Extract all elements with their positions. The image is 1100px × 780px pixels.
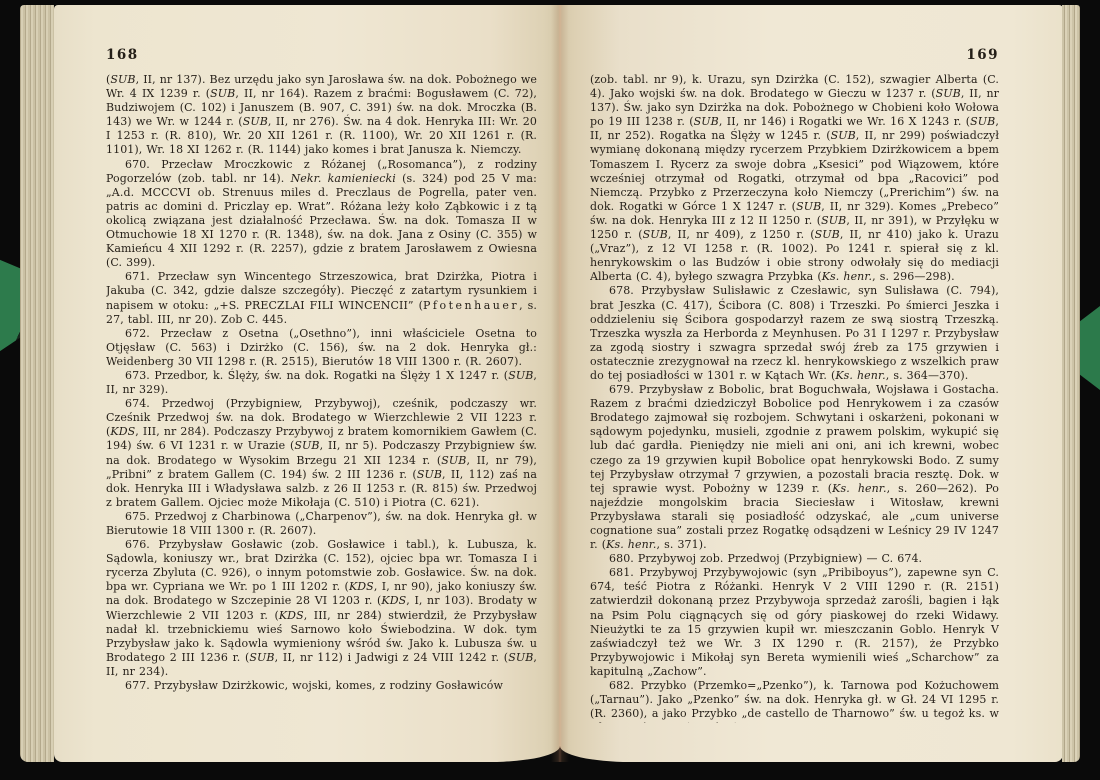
entry-paragraph: 681. Przybywoj Przybywojowic (syn „Pribi… [590,566,999,679]
entry-paragraph: 682. Przybko (Przemko=„Pzenko”), k. Tarn… [590,679,999,723]
page-number-left: 168 [106,47,537,64]
page-169-text-column: (zob. tabl. nr 9), k. Urazu, syn Dzirżka… [590,73,999,723]
entry-paragraph: 676. Przybysław Gosławic (zob. Gosławice… [106,538,537,679]
entry-paragraph: 677. Przybysław Dzirżkowic, wojski, kome… [106,679,537,693]
page-168-text-column: (SUB, II, nr 137). Bez urzędu jako syn J… [106,73,537,723]
page-edges-left [20,5,54,762]
entry-paragraph: 670. Przecław Mroczkowic z Różanej („Ros… [106,158,537,271]
entry-paragraph: 679. Przybysław z Bobolic, brat Boguchwa… [590,383,999,552]
open-book: 168 (SUB, II, nr 137). Bez urzędu jako s… [20,5,1080,762]
entry-paragraph: 674. Przedwoj (Przybigniew, Przybywoj), … [106,397,537,510]
book-cover-green-right [1078,306,1100,390]
entry-paragraph: 671. Przecław syn Wincentego Strzeszowic… [106,270,537,326]
page-168: 168 (SUB, II, nr 137). Bez urzędu jako s… [54,5,560,762]
entry-paragraph: 678. Przybysław Sulisławic z Czesławic, … [590,284,999,383]
entry-paragraph: 673. Przedbor, k. Ślęży, św. na dok. Rog… [106,369,537,397]
book-photo-scene: 168 (SUB, II, nr 137). Bez urzędu jako s… [0,0,1100,780]
page-number-right: 169 [590,47,999,64]
entry-paragraph: 672. Przecław z Osetna („Osethno”), inni… [106,327,537,369]
page-169: 169 (zob. tabl. nr 9), k. Urazu, syn Dzi… [560,5,1063,762]
entry-paragraph: 680. Przybywoj zob. Przedwoj (Przybignie… [590,552,999,566]
entry-paragraph: (SUB, II, nr 137). Bez urzędu jako syn J… [106,73,537,158]
entry-paragraph: 675. Przedwoj z Charbinowa („Charpenov”)… [106,510,537,538]
page-edges-right [1062,5,1080,762]
entry-paragraph: (zob. tabl. nr 9), k. Urazu, syn Dzirżka… [590,73,999,284]
